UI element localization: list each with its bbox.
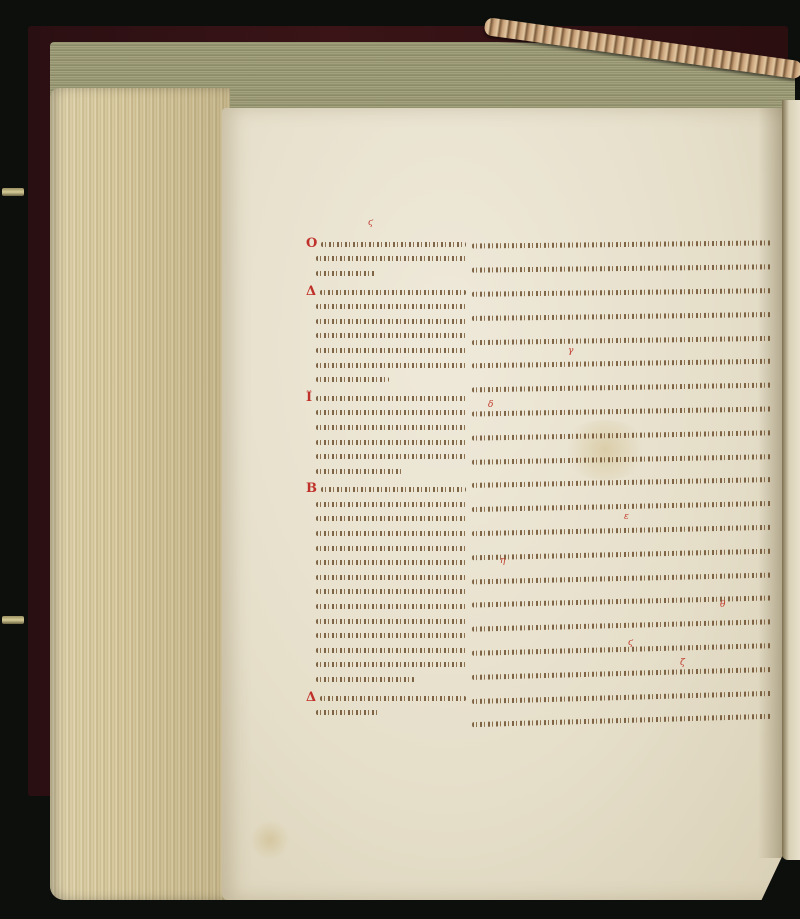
script-text — [472, 643, 772, 656]
script-text — [472, 596, 772, 608]
left-text-column: ΟΔΪΒΔ — [306, 236, 466, 723]
text-line — [472, 708, 772, 732]
text-line — [306, 298, 466, 313]
red-initial: Δ — [306, 690, 317, 705]
text-line — [306, 569, 466, 584]
text-line — [472, 280, 772, 304]
text-line: Δ — [306, 284, 466, 299]
script-text — [316, 502, 466, 507]
script-text — [316, 619, 466, 624]
script-text — [316, 440, 466, 445]
text-line — [306, 496, 466, 511]
script-text — [472, 619, 772, 631]
marginal-rubric: η — [500, 556, 505, 566]
script-text — [472, 383, 772, 393]
text-line — [306, 463, 466, 478]
script-text — [472, 690, 772, 703]
text-line — [472, 518, 772, 542]
script-text — [472, 548, 772, 560]
text-line — [306, 511, 466, 526]
script-text — [316, 333, 466, 338]
text-line — [472, 375, 772, 399]
text-line — [306, 627, 466, 642]
text-line — [306, 342, 466, 357]
script-text — [316, 710, 378, 715]
text-line: Ϊ — [306, 390, 466, 405]
script-text — [472, 241, 772, 249]
script-text — [321, 487, 467, 492]
clasp-pin-bottom — [2, 616, 24, 624]
script-text — [316, 516, 466, 521]
red-initial: Β — [306, 482, 318, 497]
text-line — [472, 660, 772, 684]
script-text — [316, 454, 466, 459]
script-text — [472, 714, 772, 727]
text-line — [306, 434, 466, 449]
script-text — [316, 546, 466, 551]
script-text — [316, 531, 466, 536]
facing-page-edge — [782, 100, 800, 860]
text-line — [306, 598, 466, 613]
script-text — [472, 501, 772, 512]
text-line — [472, 565, 772, 589]
marginal-rubric: ϛ — [628, 638, 633, 648]
clasp-pin-top — [2, 188, 24, 196]
text-line — [472, 494, 772, 518]
script-text — [316, 648, 466, 653]
script-text — [316, 396, 466, 401]
text-line — [472, 684, 772, 708]
script-text — [316, 271, 376, 276]
script-text — [316, 575, 466, 580]
text-line — [472, 541, 772, 565]
text-line — [472, 637, 772, 661]
script-text — [316, 560, 466, 565]
script-text — [316, 348, 466, 353]
text-line: Δ — [306, 690, 466, 705]
text-line — [306, 642, 466, 657]
script-text — [316, 425, 466, 430]
script-text — [316, 256, 466, 261]
fore-edge-shading — [50, 88, 230, 900]
script-text — [472, 572, 772, 584]
script-text — [472, 667, 772, 680]
text-line: Ο — [306, 236, 466, 251]
red-initial: Ο — [306, 236, 318, 251]
script-text — [316, 304, 466, 309]
text-line — [306, 357, 466, 372]
script-text — [316, 633, 466, 638]
script-text — [472, 430, 772, 440]
script-text — [472, 406, 772, 416]
text-line — [472, 613, 772, 637]
red-initial: Ϊ — [306, 390, 313, 405]
text-line — [306, 251, 466, 266]
script-text — [472, 312, 772, 321]
script-text — [472, 525, 772, 536]
script-text — [316, 604, 466, 609]
text-line — [306, 613, 466, 628]
text-line — [306, 584, 466, 599]
text-line — [306, 328, 466, 343]
script-text — [472, 477, 772, 488]
marginal-rubric: θ — [720, 600, 725, 610]
script-text — [320, 290, 466, 295]
script-text — [321, 242, 466, 247]
script-text — [316, 410, 466, 415]
text-line — [472, 303, 772, 327]
text-line — [306, 313, 466, 328]
script-text — [316, 677, 415, 682]
right-text-column — [472, 232, 772, 732]
text-line — [306, 265, 466, 280]
text-line — [306, 419, 466, 434]
script-text — [320, 696, 466, 701]
text-line — [472, 232, 772, 256]
marginal-rubric: δ — [488, 400, 493, 410]
text-line — [472, 470, 772, 494]
script-text — [316, 319, 466, 324]
text-line — [472, 256, 772, 280]
script-text — [472, 335, 772, 344]
script-text — [316, 662, 466, 667]
text-line — [306, 540, 466, 555]
text-line — [306, 554, 466, 569]
red-initial: Δ — [306, 284, 317, 299]
text-line — [306, 405, 466, 420]
text-line — [306, 704, 466, 719]
text-line — [306, 448, 466, 463]
script-text — [316, 377, 389, 382]
text-line: Β — [306, 482, 466, 497]
script-text — [472, 264, 772, 272]
marginal-rubric: γ — [568, 346, 573, 356]
text-line — [306, 525, 466, 540]
script-text — [472, 288, 772, 297]
script-text — [316, 589, 466, 594]
text-line — [472, 446, 772, 470]
text-line — [472, 399, 772, 423]
text-line — [306, 371, 466, 386]
text-line — [306, 657, 466, 672]
script-text — [472, 359, 772, 368]
marginal-rubric: ε — [624, 512, 629, 522]
marginal-rubric: ζ — [680, 658, 685, 668]
top-rubric: ϛ — [368, 218, 373, 228]
parchment-stain — [250, 820, 290, 860]
text-line — [472, 422, 772, 446]
text-line — [472, 327, 772, 351]
text-line — [472, 351, 772, 375]
script-text — [316, 469, 402, 474]
script-text — [472, 454, 772, 464]
script-text — [316, 363, 466, 368]
manuscript-photo: ΟΔΪΒΔ ϛ γδεϛζηθ — [0, 0, 800, 919]
text-line — [472, 589, 772, 613]
text-line — [306, 671, 466, 686]
